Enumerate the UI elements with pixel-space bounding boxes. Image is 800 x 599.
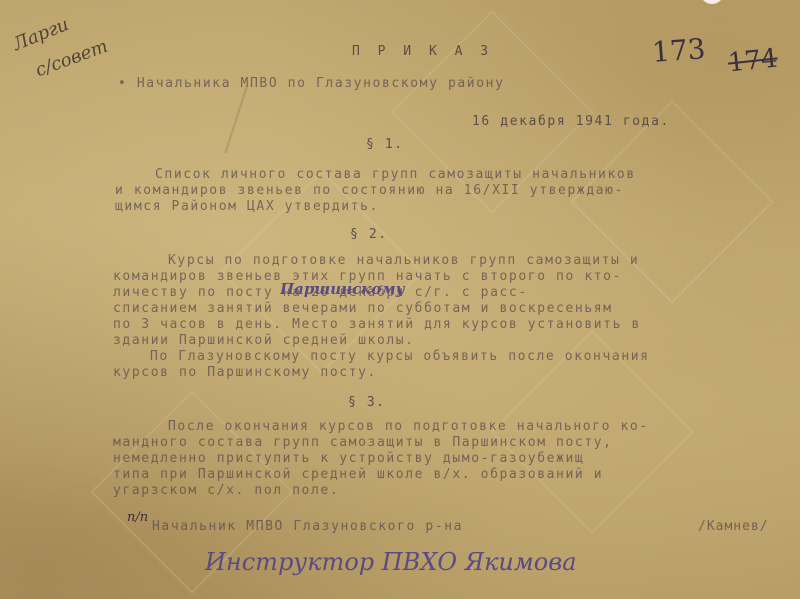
section-2-line: курсов по Паршинскому посту. [113, 366, 377, 379]
section-1-line: и командиров звеньев по состоянию на 16/… [115, 184, 624, 197]
section-3-line: типа при Паршинской средней школе в/х. о… [113, 468, 603, 481]
certification-signature: Инструктор ПВХО Якимова [205, 548, 577, 576]
handwritten-insert: Паршинскому [280, 280, 405, 298]
document-paper: Ларги с/совет 173 174 П Р И К А З • Нача… [0, 0, 800, 599]
section-3-line: угарзском с/х. пол поле. [113, 484, 339, 497]
archive-number-struck: 174 [727, 43, 780, 78]
archive-number: 173 [651, 32, 707, 69]
document-title: П Р И К А З [352, 45, 493, 58]
section-1-line: Список личного состава групп самозащиты … [155, 168, 636, 181]
section-2-number: § 2. [350, 228, 388, 241]
margin-note-line1: Ларги [10, 14, 72, 55]
section-2-line: здании Паршинской средней школы. [113, 334, 415, 347]
section-3-line: После окончания курсов по подготовке нач… [168, 420, 649, 433]
section-2-line: Курсы по подготовке начальников групп са… [168, 254, 639, 267]
punch-hole [700, 0, 724, 4]
section-1-number: § 1. [366, 138, 404, 151]
section-2-line: по 3 часов в день. Место занятий для кур… [113, 318, 641, 331]
section-3-line: мандного состава групп самозащиты в Парш… [113, 436, 613, 449]
section-3-line: немедленно приступить к устройству дымо-… [113, 452, 584, 465]
document-issuer: • Начальника МПВО по Глазуновскому район… [118, 77, 505, 90]
section-3-number: § 3. [348, 396, 386, 409]
paper-crease [224, 86, 248, 153]
signature-title: Начальник МПВО Глазуновского р-на [152, 520, 463, 533]
issuer-text: Начальника МПВО по Глазуновскому району [137, 76, 505, 91]
signature-name: /Камнев/ [698, 520, 769, 533]
signature-prefix: п/п [127, 510, 148, 525]
dot-mark: • [118, 76, 137, 91]
section-1-line: щимся Районом ЦАХ утвердить. [115, 200, 379, 213]
section-2-line: По Глазуновскому посту курсы объявить по… [150, 350, 650, 363]
section-2-line: списанием занятий вечерами по субботам и… [113, 302, 613, 315]
document-date: 16 декабря 1941 года. [472, 115, 670, 128]
